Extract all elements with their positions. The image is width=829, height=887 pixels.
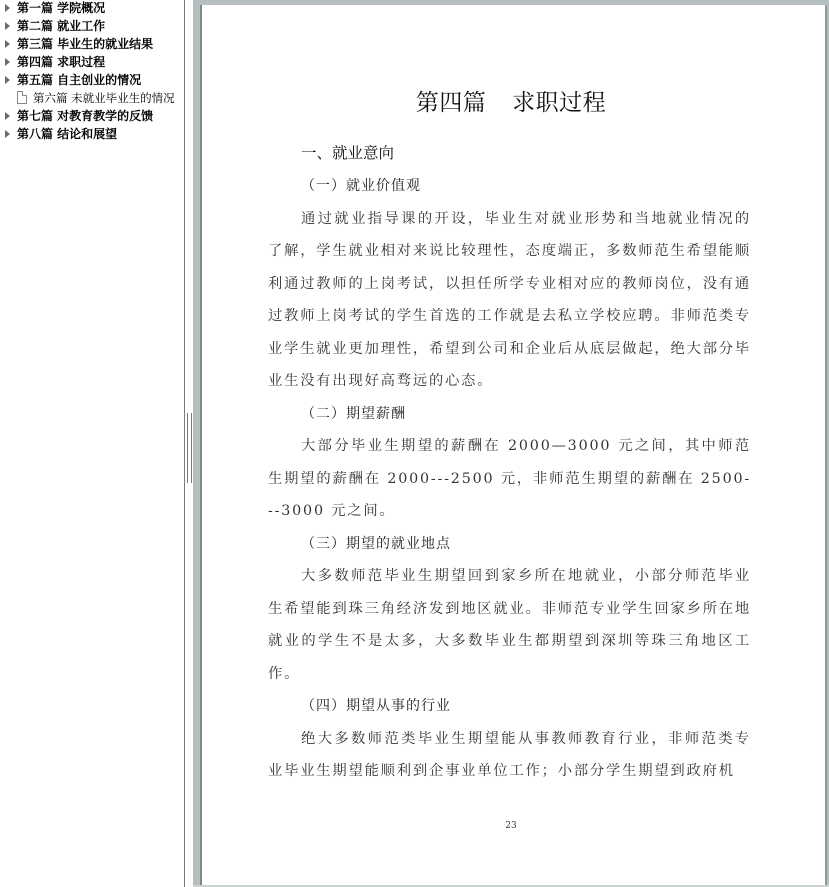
bookmark-label: 第七篇 对教育教学的反馈 [17, 109, 153, 123]
bookmark-label: 第八篇 结论和展望 [17, 127, 117, 141]
subsection-heading: （四）期望从事的行业 [268, 690, 751, 723]
subsection-heading: （一）就业价值观 [268, 170, 751, 203]
expand-arrow-icon[interactable] [5, 22, 10, 30]
bookmark-item-3[interactable]: 第三篇 毕业生的就业结果 [0, 36, 184, 54]
bookmark-item-1[interactable]: 第一篇 学院概况 [0, 0, 184, 18]
expand-arrow-icon[interactable] [5, 76, 10, 84]
page-number: 23 [193, 821, 829, 831]
expand-arrow-icon[interactable] [5, 40, 10, 48]
bookmark-item-6[interactable]: 第六篇 未就业毕业生的情况 [0, 90, 184, 108]
bookmark-item-7[interactable]: 第七篇 对教育教学的反馈 [0, 108, 184, 126]
page-document-icon [17, 91, 27, 104]
bookmarks-panel: 第一篇 学院概况 第二篇 就业工作 第三篇 毕业生的就业结果 第四篇 求职过程 … [0, 0, 185, 887]
bookmark-list: 第一篇 学院概况 第二篇 就业工作 第三篇 毕业生的就业结果 第四篇 求职过程 … [0, 0, 184, 144]
body-paragraph: 大部分毕业生期望的薪酬在 2000—3000 元之间，其中师范生期望的薪酬在 2… [268, 430, 751, 528]
expand-arrow-icon[interactable] [5, 112, 10, 120]
page-content: 一、就业意向 （一）就业价值观 通过就业指导课的开设，毕业生对就业形势和当地就业… [268, 137, 751, 788]
subsection-heading: （二）期望薪酬 [268, 398, 751, 431]
page-title: 第四篇 求职过程 [193, 84, 829, 117]
bookmark-item-8[interactable]: 第八篇 结论和展望 [0, 126, 184, 144]
subsection-heading: （三）期望的就业地点 [268, 528, 751, 561]
bookmark-item-4[interactable]: 第四篇 求职过程 [0, 54, 184, 72]
body-paragraph: 绝大多数师范类毕业生期望能从事教师教育行业，非师范类专业毕业生期望能顺利到企事业… [268, 723, 751, 788]
expand-arrow-icon[interactable] [5, 4, 10, 12]
bookmark-item-2[interactable]: 第二篇 就业工作 [0, 18, 184, 36]
bookmark-label: 第三篇 毕业生的就业结果 [17, 37, 153, 51]
body-paragraph: 通过就业指导课的开设，毕业生对就业形势和当地就业情况的了解，学生就业相对来说比较… [268, 203, 751, 398]
body-paragraph: 大多数师范毕业生期望回到家乡所在地就业，小部分师范毕业生希望能到珠三角经济发到地… [268, 560, 751, 690]
section-heading: 一、就业意向 [268, 137, 751, 170]
bookmark-item-5[interactable]: 第五篇 自主创业的情况 [0, 72, 184, 90]
expand-arrow-icon[interactable] [5, 130, 10, 138]
bookmark-label: 第二篇 就业工作 [17, 19, 105, 33]
bookmark-label: 第六篇 未就业毕业生的情况 [33, 91, 175, 105]
splitter-grip-icon[interactable] [187, 413, 192, 483]
bookmark-label: 第五篇 自主创业的情况 [17, 73, 141, 87]
bookmark-label: 第四篇 求职过程 [17, 55, 105, 69]
expand-arrow-icon[interactable] [5, 58, 10, 66]
bookmark-label: 第一篇 学院概况 [17, 1, 105, 15]
panel-splitter[interactable] [186, 0, 193, 887]
document-viewer: 第四篇 求职过程 一、就业意向 （一）就业价值观 通过就业指导课的开设，毕业生对… [193, 0, 829, 887]
